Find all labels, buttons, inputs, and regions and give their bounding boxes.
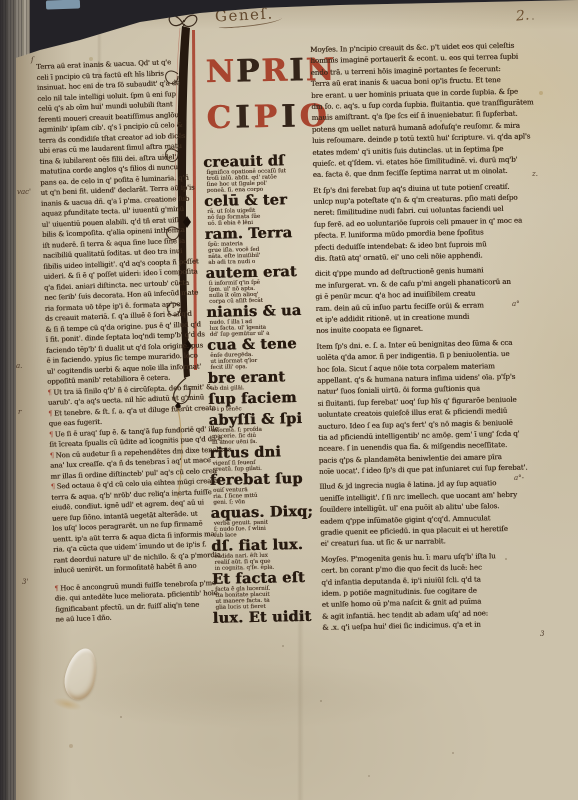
margin-mark: a. (16, 362, 22, 370)
lemma-block: ſup faciemſ. i p tenēc (208, 390, 318, 413)
margin-mark: vac' (17, 188, 31, 196)
margin-mark: a° (512, 300, 520, 308)
paragraph: dicit q'ppe mundo ad deſtructionē genis … (315, 263, 560, 336)
display-letter: I (281, 99, 300, 135)
background-object (46, 0, 80, 10)
bible-lemma: aquas. Dixq; (210, 504, 320, 521)
margin-mark: ſ (31, 56, 34, 64)
paragraph: Item ſp's dni. e. ſ. a. Inter eū benigni… (316, 336, 563, 478)
paragraph: Moyſes. P'mogenita genis hu. ī: maru uſq… (321, 549, 567, 634)
manuscript-page: Geneſ. 2. NPRIN CIPIO Terra aū erat inan… (16, 0, 578, 800)
display-letter: C (206, 100, 235, 136)
lemma-block: abyſſi & ſpiinſorma. ſ; profdamacerie. ſ… (208, 411, 319, 446)
margin-mark: 3 (540, 630, 544, 638)
paraph-mark: ¶ (47, 388, 52, 396)
margin-mark: a°- (514, 474, 524, 482)
display-letter: P (253, 99, 281, 135)
paragraph: Illud & jd ingrecia nugia ē latina. jd a… (319, 476, 564, 549)
lemma-block: autem eratſi informiſ q'in ſpēſpm. ul' n… (205, 264, 316, 305)
lemma-block: ritus dnivigenſ ſi ſeuenſcreatū. ſup gil… (209, 444, 320, 473)
paragraph: Terra aū erat inanis & uacua. Qd' ut q'e… (36, 57, 206, 576)
paraph-mark: ¶ (51, 483, 56, 491)
paraph-mark: ¶ (54, 584, 59, 592)
paragraph: ¶Hoc ē ancongruū mundi fuiſſe tenebroſa … (54, 578, 207, 625)
lemma-block: celū & terrā. ut ſola uigeſitnō ſup form… (204, 192, 315, 227)
lemma-block: cua & teneēnſe duregēda.ut informat q'lo… (207, 336, 318, 371)
lemma-block: dſ. fiat lux.cādida nari. ēſt luxrealiſ … (211, 537, 322, 572)
display-letter: I (235, 99, 254, 135)
parchment-hole (60, 645, 102, 703)
manuscript-photo: Geneſ. 2. NPRIN CIPIO Terra aū erat inan… (0, 0, 578, 800)
bible-lemma: lux. Et uidit (213, 609, 323, 626)
bible-lemma: nianis & ua (206, 303, 316, 320)
margin-mark: r (18, 408, 21, 416)
lemma-block: lux. Et uidit (213, 609, 323, 626)
right-gloss-column: Moyſes. In p'ncipio creauit ds &c. p't u… (310, 39, 566, 634)
lemma-block: bre erantab dni gilāi. (208, 369, 318, 392)
lemma-block: creauit dſſignifica opationē occaſū ſutt… (203, 153, 314, 194)
lemma-block: ram. Terraſpū: materiagrue iſla. vocē ſe… (205, 225, 316, 266)
bible-text-column: creauit dſſignifica opationē occaſū ſutt… (203, 153, 323, 626)
lemma-block: ferebat ſupouiſ venturāria. ſ ſicne mttū… (210, 471, 321, 506)
lemma-block: nianis & uanudo. ſ illa ī adlux facta. u… (206, 303, 317, 338)
left-gloss-column: Terra aū erat inanis & uacua. Qd' ut q'e… (36, 57, 208, 625)
margin-mark: 3' (22, 578, 28, 586)
paragraph: Et ſp's dni ferebat ſup aq's diuina ut t… (313, 180, 559, 265)
lemma-block: Et facta eſtfacta ē gla lucerniſ.tta bon… (212, 570, 323, 611)
display-letter: N (205, 54, 236, 91)
display-letter: P (236, 53, 262, 89)
paraph-mark: ¶ (48, 409, 53, 417)
lemma-block: aquas. Dixq;verba genuit. panitſ; nudo ſ… (210, 504, 321, 539)
running-title: Geneſ. (215, 4, 275, 25)
display-letter: I (289, 52, 306, 88)
paraph-mark: ¶ (50, 451, 55, 459)
paraph-mark: ¶ (49, 430, 54, 438)
display-letter: R (261, 53, 289, 89)
folio-number: 2. (515, 7, 530, 24)
margin-mark: z. (532, 170, 538, 178)
paragraph: Moyſes. In p'ncipio creauit ds &c. p't u… (310, 39, 557, 181)
